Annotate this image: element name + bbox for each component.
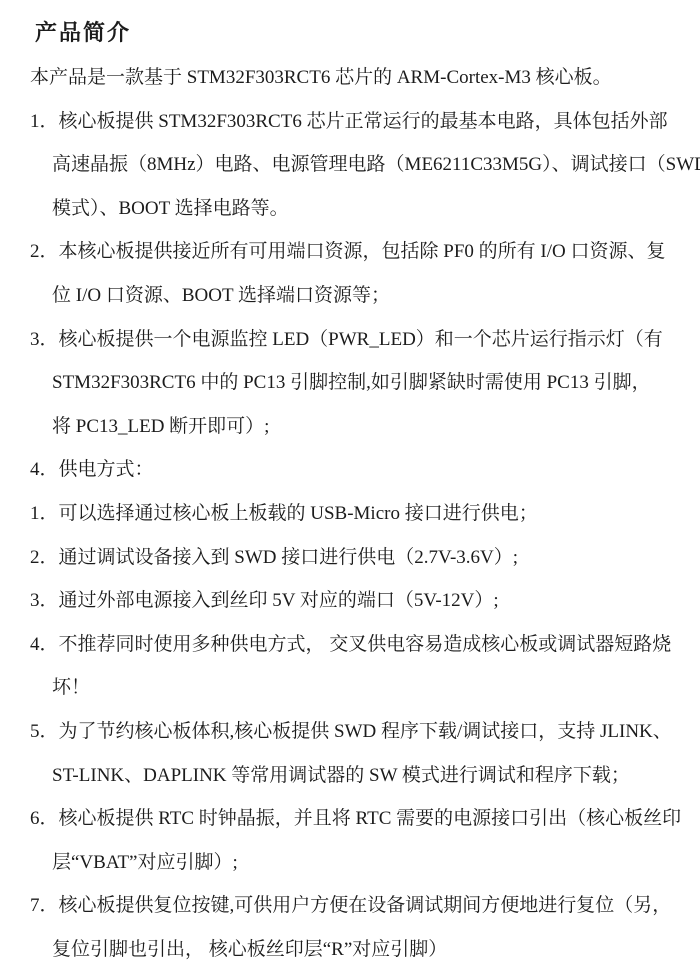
document-page: 产品简介 本产品是一款基于 STM32F303RCT6 芯片的 ARM-Cort… xyxy=(0,0,700,980)
doc-line: 将 PC13_LED 断开即可）; xyxy=(30,405,682,449)
doc-line: 4．不推荐同时使用多种供电方式， 交叉供电容易造成核心板或调试器短路烧 xyxy=(30,623,682,667)
doc-line: 3．通过外部电源接入到丝印 5V 对应的端口（5V-12V）; xyxy=(30,579,682,623)
doc-line: 高速晶振（8MHz）电路、电源管理电路（ME6211C33M5G）、调试接口（S… xyxy=(30,143,682,187)
doc-line: 位 I/O 口资源、BOOT 选择端口资源等； xyxy=(30,274,682,318)
doc-line: 1．核心板提供 STM32F303RCT6 芯片正常运行的最基本电路，具体包括外… xyxy=(30,100,682,144)
doc-line: 模式）、BOOT 选择电路等。 xyxy=(30,187,682,231)
doc-line: 1．可以选择通过核心板上板载的 USB-Micro 接口进行供电； xyxy=(30,492,682,536)
doc-line: STM32F303RCT6 中的 PC13 引脚控制,如引脚紧缺时需使用 PC1… xyxy=(30,361,682,405)
doc-line: 复位引脚也引出， 核心板丝印层“R”对应引脚） xyxy=(30,928,682,972)
doc-line: 2．通过调试设备接入到 SWD 接口进行供电（2.7V-3.6V）; xyxy=(30,536,682,580)
doc-line: 2．本核心板提供接近所有可用端口资源，包括除 PF0 的所有 I/O 口资源、复 xyxy=(30,230,682,274)
doc-line: 3．核心板提供一个电源监控 LED（PWR_LED）和一个芯片运行指示灯（有 xyxy=(30,318,682,362)
doc-line: 4．供电方式： xyxy=(30,448,682,492)
doc-line: 层“VBAT”对应引脚）; xyxy=(30,841,682,885)
doc-line: 本产品是一款基于 STM32F303RCT6 芯片的 ARM-Cortex-M3… xyxy=(30,56,682,100)
doc-line: ST-LINK、DAPLINK 等常用调试器的 SW 模式进行调试和程序下载； xyxy=(30,754,682,798)
doc-line: 7．核心板提供复位按键,可供用户方便在设备调试期间方便地进行复位（另， xyxy=(30,884,682,928)
page-title: 产品简介 xyxy=(35,10,682,56)
doc-line: 5．为了节约核心板体积,核心板提供 SWD 程序下载/调试接口，支持 JLINK… xyxy=(30,710,682,754)
document-body: 本产品是一款基于 STM32F303RCT6 芯片的 ARM-Cortex-M3… xyxy=(30,56,682,971)
doc-line: 6．核心板提供 RTC 时钟晶振，并且将 RTC 需要的电源接口引出（核心板丝印 xyxy=(30,797,682,841)
doc-line: 坏！ xyxy=(30,666,682,710)
